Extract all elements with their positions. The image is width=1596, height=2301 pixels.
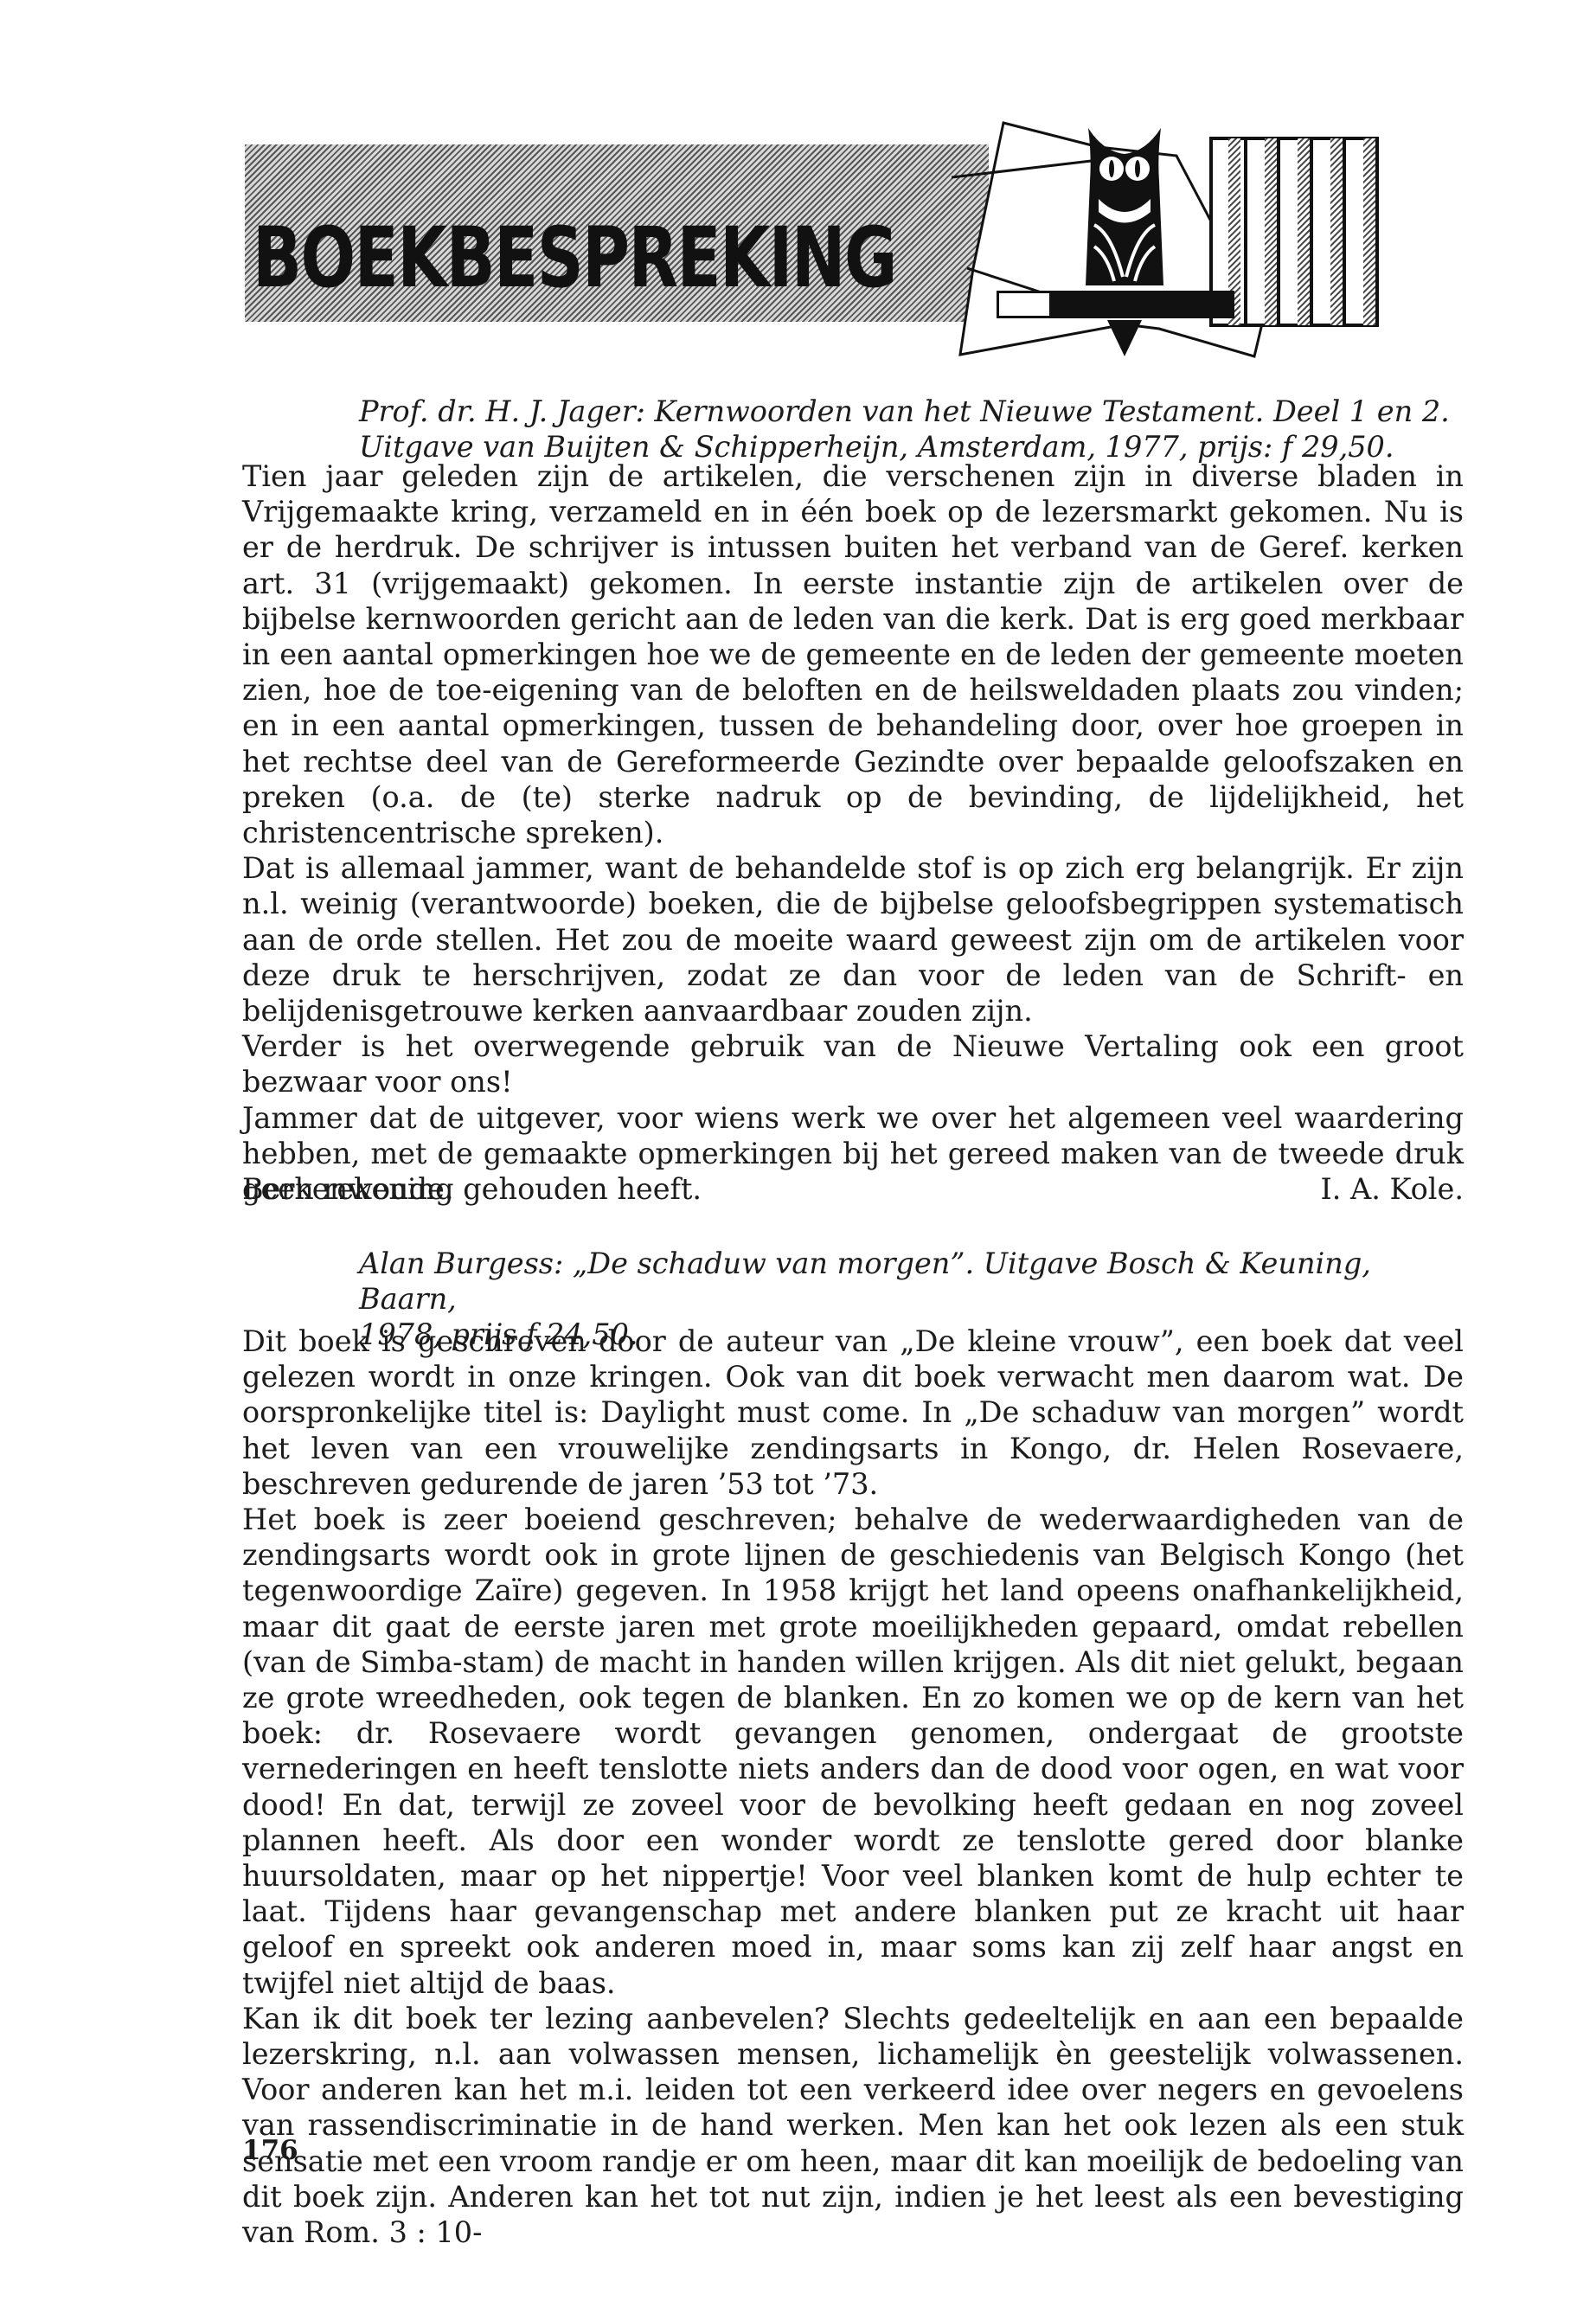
- paragraph: Het boek is zeer boeiend geschreven; beh…: [242, 1502, 1464, 2001]
- paragraph: Dat is allemaal jammer, want de behandel…: [242, 850, 1464, 1029]
- book-reference-1: Prof. dr. H. J. Jager: Kernwoorden van h…: [359, 394, 1464, 465]
- reference-line: Prof. dr. H. J. Jager: Kernwoorden van h…: [359, 394, 1464, 429]
- review-1-body: Tien jaar geleden zijn de artikelen, die…: [242, 458, 1464, 1207]
- paragraph: Dit boek is geschreven door de auteur va…: [242, 1324, 1464, 1502]
- reference-line: Alan Burgess: „De schaduw van morgen”. U…: [359, 1246, 1464, 1317]
- paragraph: Kan ik dit boek ter lezing aanbevelen? S…: [242, 2001, 1464, 2250]
- place: Berkenwoude.: [242, 1172, 454, 1206]
- paragraph: Tien jaar geleden zijn de artikelen, die…: [242, 458, 1464, 850]
- owl-on-books-icon: [952, 104, 1462, 381]
- review-2-body: Dit boek is geschreven door de auteur va…: [242, 1324, 1464, 2250]
- reviewer-name: I. A. Kole.: [1320, 1172, 1464, 1206]
- page-number: 176: [242, 2135, 298, 2166]
- paragraph: Verder is het overwegende gebruik van de…: [242, 1029, 1464, 1099]
- review-1-signature: Berkenwoude. I. A. Kole.: [242, 1172, 1464, 1206]
- section-title: BOEKBESPREKING: [253, 216, 896, 299]
